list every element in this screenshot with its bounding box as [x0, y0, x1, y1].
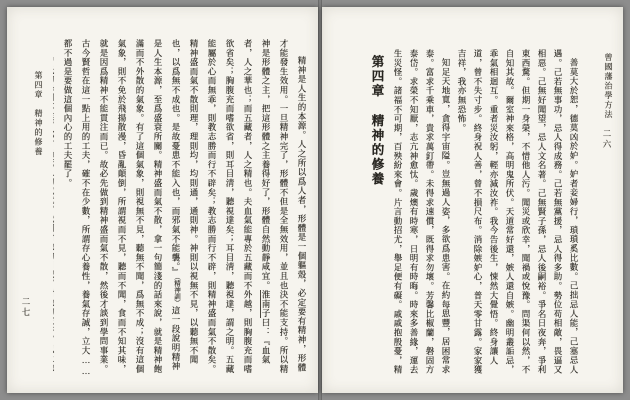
proper-noun-mark: 曾氏: [53, 56, 55, 75]
chapter-title: 精神的修養: [370, 114, 384, 187]
running-title-book: 曾國藩治學方法: [603, 53, 614, 123]
text-run: 的學問事業，都有過驚人的成就。我們看他的日記，看他的家書，以及他與人相往還的書信…: [53, 39, 55, 374]
text-run: 這一段說明精神是人生本源，至爲盛衰所關。精神盛而氣不散，拿一句簡淺的話來說，就是…: [63, 39, 181, 377]
paragraph-huainanzi-quote: 精神是人生的本源。人之所以爲人者，形體是一個軀殼，必定要有精神，形體才能發生效用…: [59, 39, 311, 379]
poem-ji: 善莫大於恕，德莫凶於妒。妒者妾婦行，瑣瑣奚比數。己拙忌人能，己塞忌人遇。己若無事…: [454, 49, 582, 381]
book-scan-spread: 曾國藩治學方法 二六 善莫大於恕，德莫凶於妒。妒者妾婦行，瑣瑣奚比數。己拙忌人能…: [0, 0, 630, 400]
poem-qiu: 知足天地寬，貪得宇宙隘。豈無過人姿，多欲爲患害。在約每思豐，居困常求泰。富求千乘…: [394, 49, 454, 381]
paragraph-zeng-shi: 曾氏的學問事業，都有過驚人的成就。我們看他的日記，看他的家書，以及他與人相往還的…: [53, 39, 59, 379]
page-right-26: 曾國藩治學方法 二六 善莫大於恕，德莫凶於妒。妒者妾婦行，瑣瑣奚比數。己拙忌人能…: [322, 7, 623, 393]
proper-noun-mark: 淮南子: [260, 290, 271, 318]
text-run: 曰：『血氣者，人之華也；而五藏者，人之精也。夫血氣能專於五藏而不外越，則胸腹充而…: [171, 39, 271, 374]
gutter-shadow: [318, 0, 322, 400]
right-page-body: 善莫大於恕，德莫凶於妒。妒者妾婦行，瑣瑣奚比數。己拙忌人能，己塞忌人遇。己若無事…: [394, 49, 582, 381]
inline-note: （精神訓）: [173, 277, 180, 306]
running-title-chapter: 第四章 精神的修養: [33, 71, 44, 221]
page-left-27: 第四章 精神的修養 二七 精神是人生的本源。人之所以爲人者，形體是一個軀殼，必定…: [7, 7, 318, 393]
chapter-heading: 第四章精神的修養: [368, 55, 386, 355]
page-number-right: 二六: [601, 129, 613, 150]
left-page-body: 精神是人生的本源。人之所以爲人者，形體是一個軀殼，必定要有精神，形體才能發生效用…: [53, 39, 311, 379]
page-number-left: 二七: [20, 297, 32, 318]
chapter-number: 第四章: [370, 55, 384, 99]
